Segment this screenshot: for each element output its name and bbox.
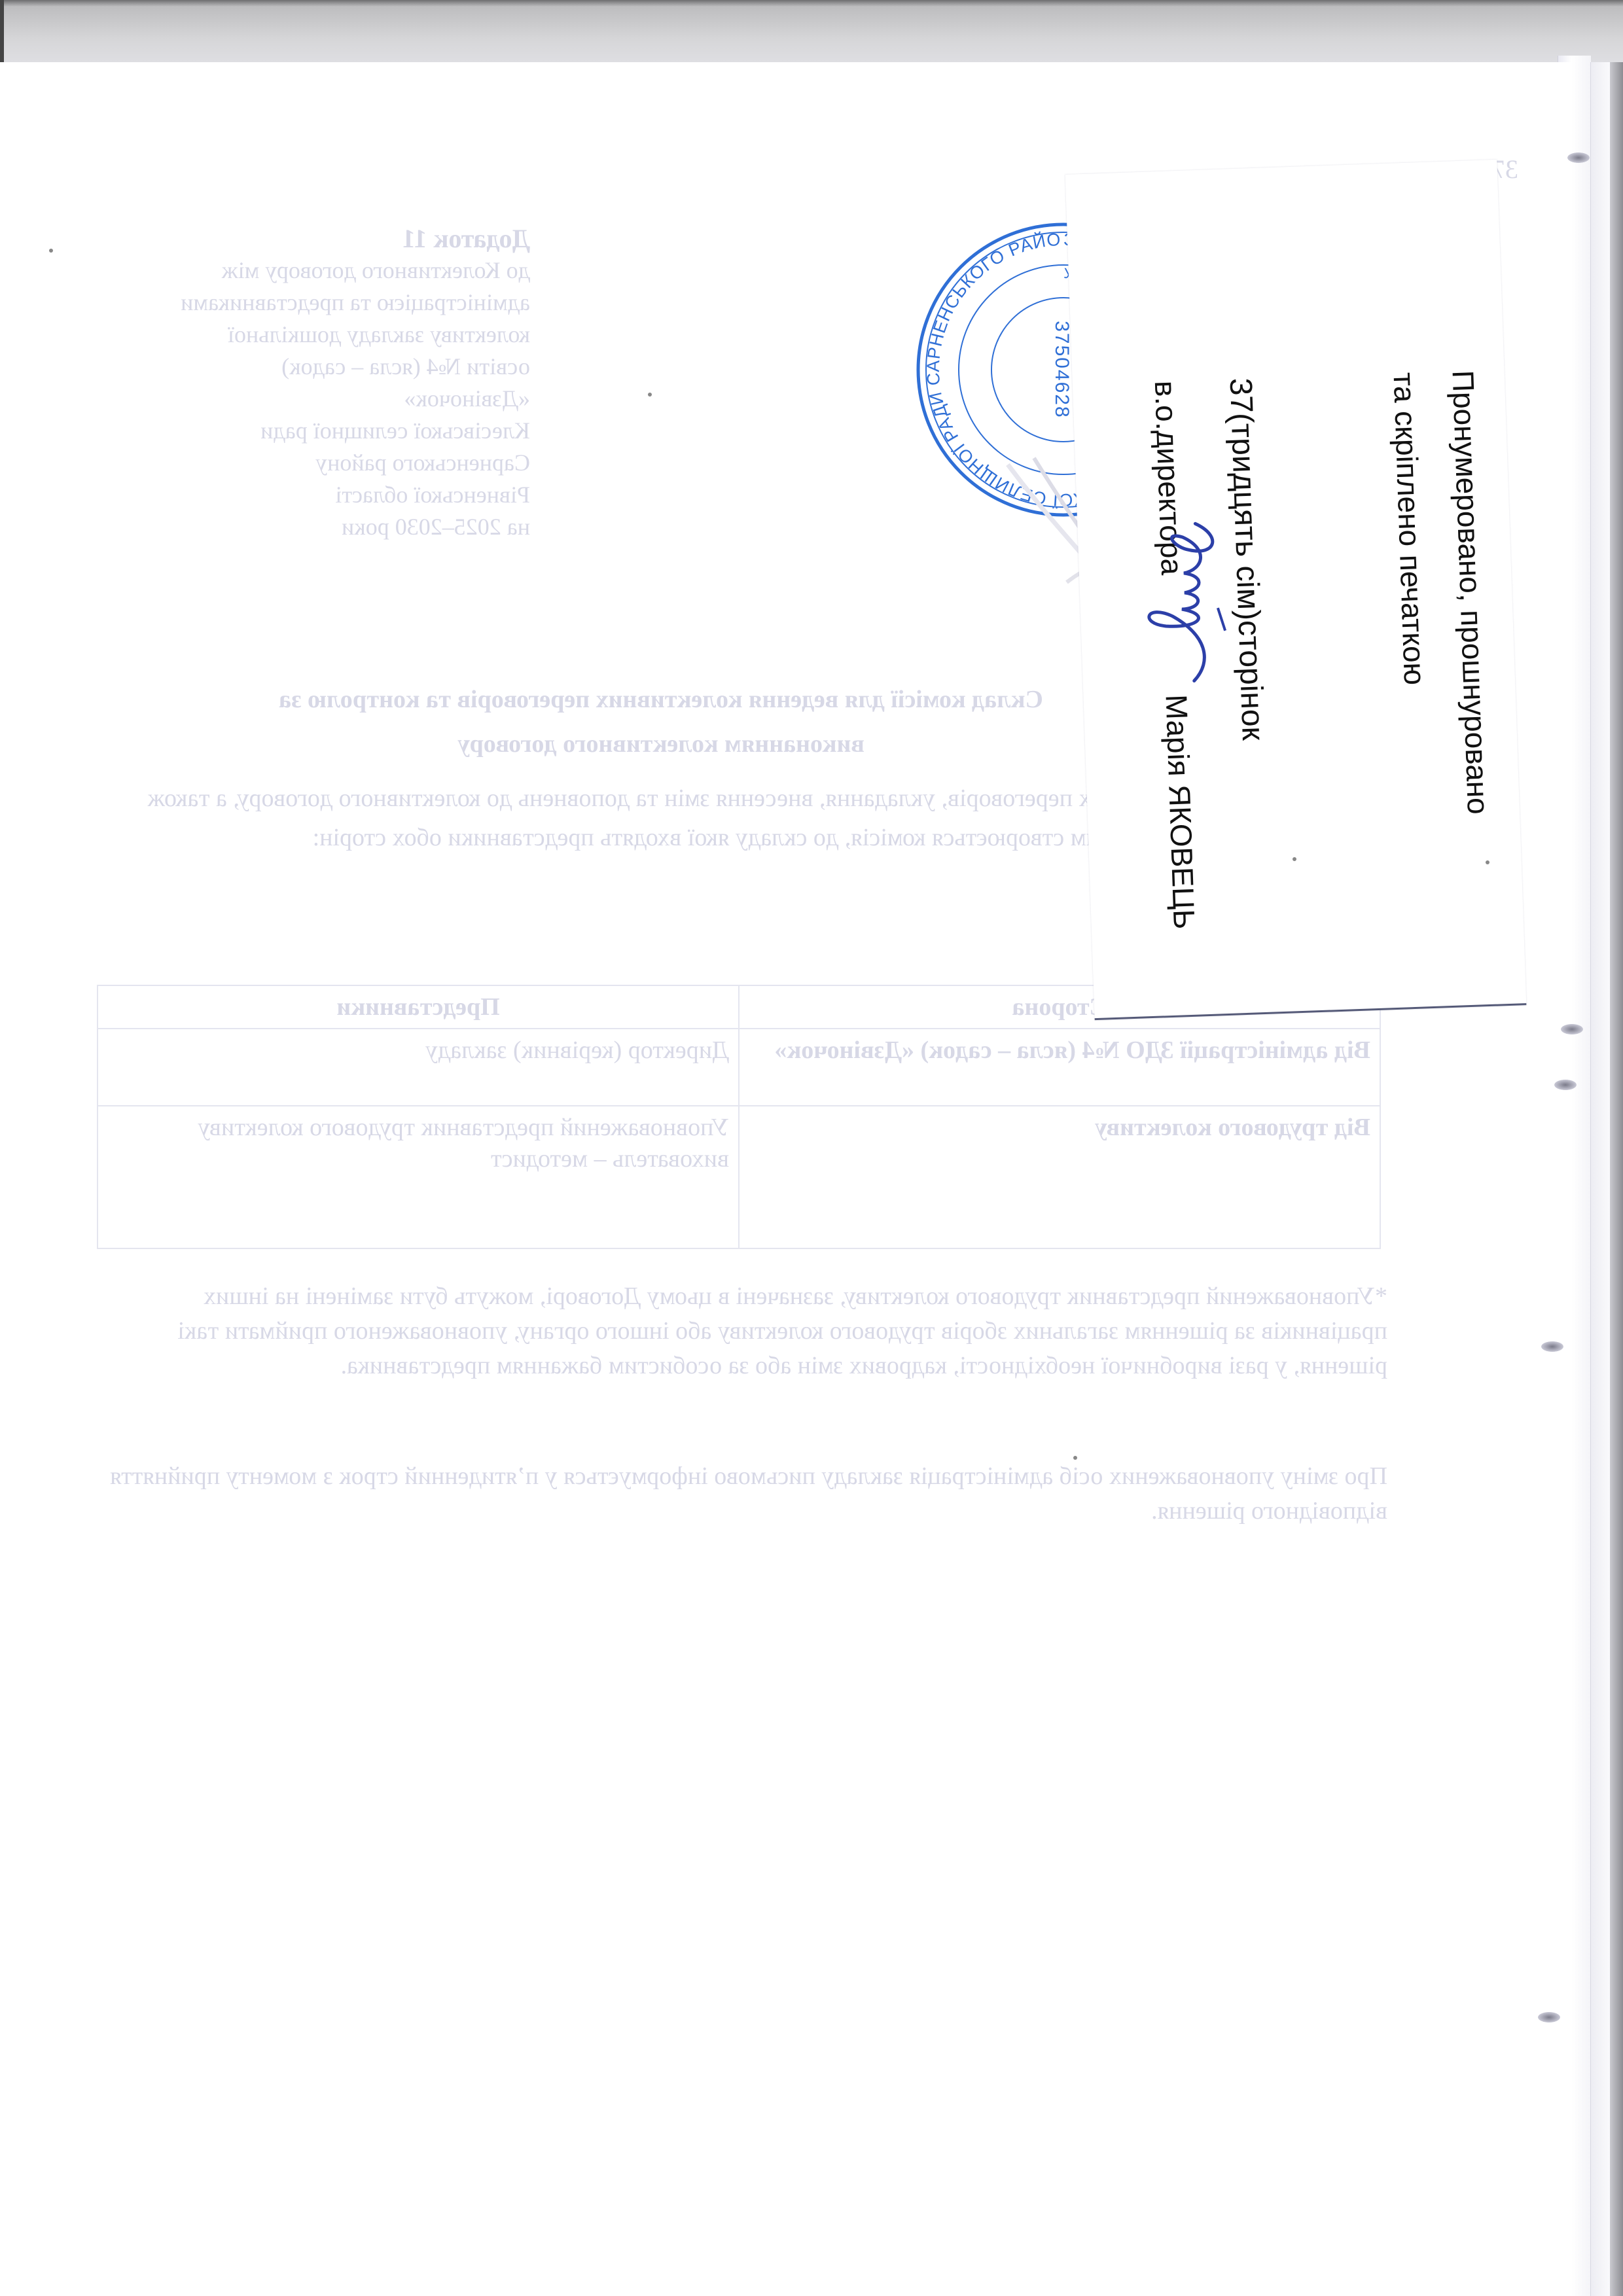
punch-hole xyxy=(1554,1080,1577,1090)
appendix-line: Сарненського району xyxy=(111,447,530,479)
appendix-line: адміністрацією та представниками xyxy=(111,287,530,319)
appendix-line: «Дзвіночок» xyxy=(111,383,530,415)
punch-hole xyxy=(1567,152,1590,163)
table-row: Від трудового колективу Уповноважений пр… xyxy=(98,1106,1380,1248)
appendix-line: на 2025–2030 роки xyxy=(111,511,530,543)
bleed-change-notice: Про зміну уповноважених осіб адміністрац… xyxy=(105,1459,1387,1528)
title-line: Склад комісії для ведення колективних пе… xyxy=(151,677,1171,722)
table-cell: Директор (керівник) закладу xyxy=(98,1029,739,1106)
appendix-line: Рівненської області xyxy=(111,479,530,511)
scan-speck xyxy=(49,249,53,253)
appendix-line: до Колективного договору між xyxy=(111,255,530,287)
label-numbered-line: Пронумеровано, прошнуровано xyxy=(1448,370,1493,815)
binding-label-text: Пронумеровано, прошнуровано та скріплено… xyxy=(1073,186,1508,1044)
bleed-footnote: *Уповноважений представник трудового кол… xyxy=(105,1279,1387,1383)
page-stack-shadow xyxy=(1610,62,1623,2296)
stamp-code: 37504628 xyxy=(1051,321,1073,418)
scan-speck xyxy=(1073,1456,1077,1460)
table-cell: Від адміністрації ЗДО №4 (ясла – садок) … xyxy=(739,1029,1380,1106)
page-stack-edge xyxy=(1590,62,1611,2296)
punch-hole xyxy=(1538,2012,1560,2022)
scan-speck xyxy=(648,393,652,397)
punch-hole xyxy=(1541,1341,1563,1352)
punch-hole xyxy=(1561,1024,1583,1034)
table-cell: Уповноважений представник трудового коле… xyxy=(98,1106,739,1248)
title-line: виконанням колективного договору xyxy=(151,722,1171,766)
scan-speck xyxy=(1293,857,1296,861)
table-cell: Від трудового колективу xyxy=(739,1106,1380,1248)
scanner-edge xyxy=(0,0,4,62)
appendix-heading: Додаток 11 xyxy=(111,222,530,255)
scan-speck xyxy=(1486,860,1489,864)
bleed-title: Склад комісії для ведення колективних пе… xyxy=(151,677,1171,766)
appendix-line: освіти №4 (ясла – садок) xyxy=(111,351,530,383)
appendix-line: колективу закладу дошкільної xyxy=(111,319,530,351)
appendix-line: Клесівської селищної ради xyxy=(111,415,530,447)
label-signer-name: Марія ЯКОВЕЦЬ xyxy=(1161,694,1199,930)
table-header: Представники xyxy=(98,985,739,1029)
scanner-background xyxy=(0,0,1623,62)
bleed-appendix-block: Додаток 11 до Колективного договору між … xyxy=(111,222,530,543)
signature-icon xyxy=(1130,509,1241,709)
label-sealed-line: та скріплено печаткою xyxy=(1389,372,1431,686)
binding-label: Пронумеровано, прошнуровано та скріплено… xyxy=(1065,160,1527,1020)
